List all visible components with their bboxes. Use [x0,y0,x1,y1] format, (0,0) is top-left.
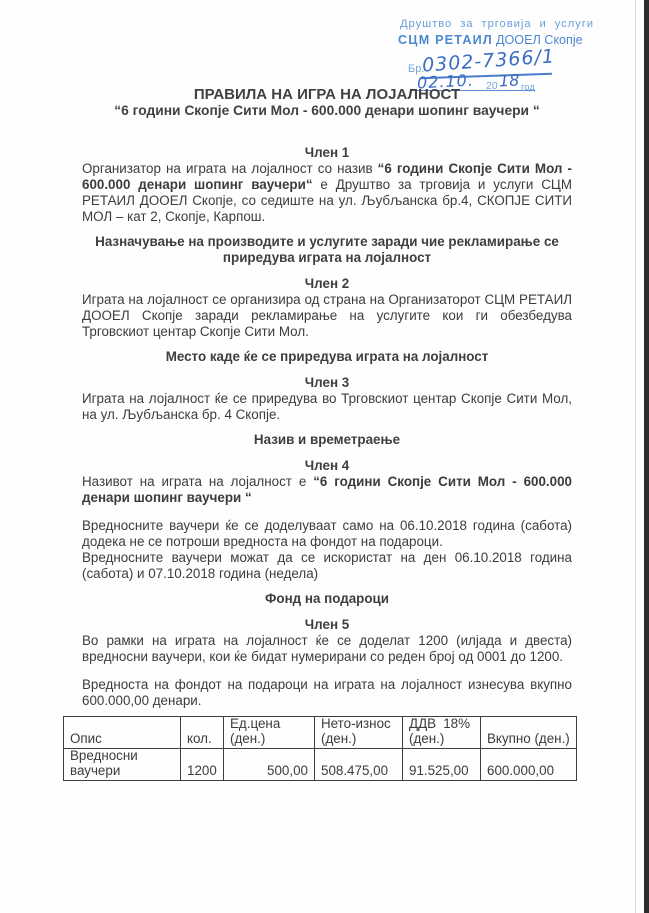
cell-total: 600.000,00 [481,749,577,781]
document-title: ПРАВИЛА НА ИГРА НА ЛОЈАЛНОСТ [82,86,572,103]
scanned-document-page: Друштво за трговија и услуги СЦМ РЕТАИЛД… [0,0,649,913]
section-heading-fund: Фонд на подароци [82,591,572,607]
table-data-row: Вредносни ваучери 1200 500,00 508.475,00… [64,749,577,781]
article-3-heading: Член 3 [82,375,572,391]
col-header-vat-percent: 18% [443,717,470,732]
scan-artifact-line [635,0,636,913]
article-4-paragraph-2: Вредносните ваучери ќе се доделуваат сам… [82,518,572,550]
stamp-org-name: СЦМ РЕТАИЛДООЕЛ Скопје [398,33,583,47]
article-5-paragraph-1: Во рамки на играта на лојалност ќе се до… [82,633,572,665]
cell-quantity: 1200 [181,749,224,781]
article-1-text: Организатор на играта на лојалност со на… [82,161,378,176]
stamp-org-name-bold: СЦМ РЕТАИЛ [398,33,493,47]
col-header-net-line1: Нето-износ [321,717,396,732]
cell-vat: 91.525,00 [403,749,481,781]
scan-artifact-edge [644,0,649,913]
article-4-paragraph-3: Вредносните ваучери можат да се искорист… [82,550,572,582]
cell-unit-price: 500,00 [224,749,315,781]
article-2-paragraph: Играта на лојалност се организира од стр… [82,292,572,340]
article-1-heading: Член 1 [82,145,572,161]
article-4-heading: Член 4 [82,458,572,474]
cell-description: Вредносни ваучери [64,749,181,781]
cell-net-amount: 508.475,00 [315,749,403,781]
col-header-total: Вкупно (ден.) [481,717,577,749]
col-header-vat: ДДВ 18% (ден.) [403,717,481,749]
section-heading-products: Назначување на производите и услугите за… [91,234,563,266]
article-5-heading: Член 5 [82,617,572,633]
section-heading-place: Место каде ќе се приредува играта на лој… [82,349,572,365]
article-4-paragraph-1: Називот на играта на лојалност е “6 годи… [82,474,572,506]
section-heading-name-duration: Назив и времетраење [82,432,572,448]
voucher-table: Опис кол. Ед.цена (ден.) Нето-износ (ден… [63,716,577,781]
col-header-net-line2: (ден.) [321,732,396,747]
article-5-paragraph-2: Вредноста на фондот на подароци на играт… [82,677,572,709]
document-body: ПРАВИЛА НА ИГРА НА ЛОЈАЛНОСТ “6 години С… [82,86,572,781]
table-header-row: Опис кол. Ед.цена (ден.) Нето-износ (ден… [64,717,577,749]
article-3-paragraph: Играта на лојалност ќе се приредува во Т… [82,391,572,423]
col-header-description: Опис [64,717,181,749]
col-header-net-amount: Нето-износ (ден.) [315,717,403,749]
document-subtitle: “6 години Скопје Сити Мол - 600.000 дена… [82,103,572,119]
stamp-org-name-rest: ДООЕЛ Скопје [496,33,583,47]
col-header-vat-word: ДДВ [409,717,436,732]
col-header-vat-line1: ДДВ 18% [409,717,474,732]
col-header-quantity: кол. [181,717,224,749]
article-1-paragraph: Организатор на играта на лојалност со на… [82,161,572,225]
col-header-vat-line2: (ден.) [409,732,474,747]
col-header-unit-price: Ед.цена (ден.) [224,717,315,749]
article-4-text: Називот на играта на лојалност е [82,474,313,489]
article-2-heading: Член 2 [82,276,572,292]
stamp-org-type: Друштво за трговија и услуги [400,18,594,30]
